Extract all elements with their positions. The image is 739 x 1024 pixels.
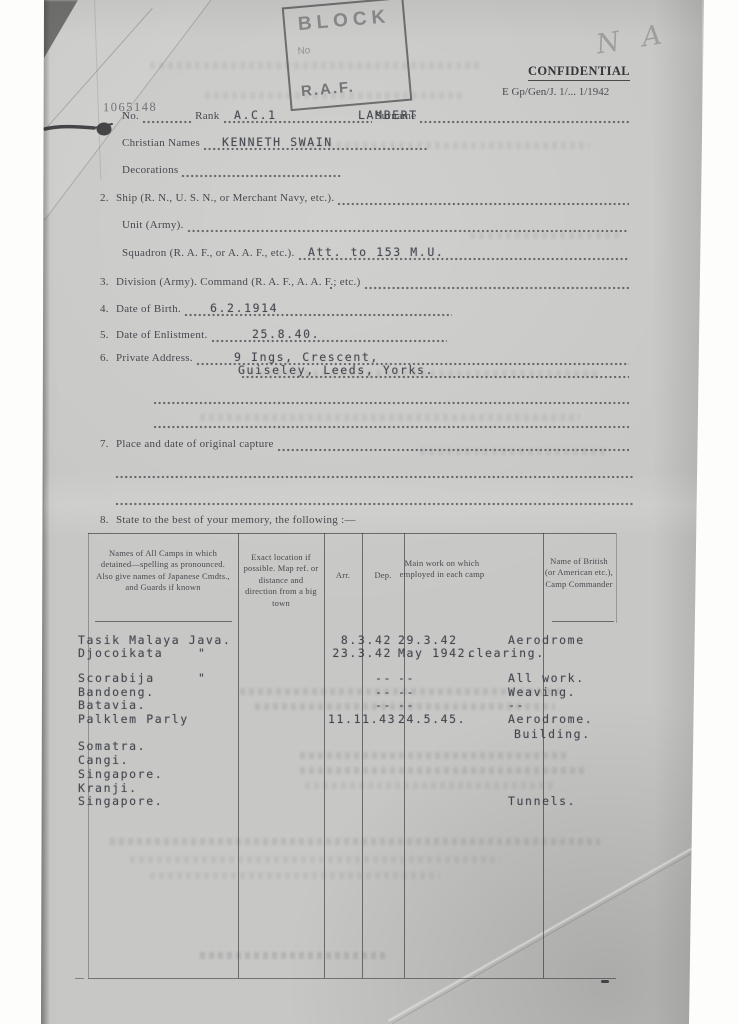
camp-name: Djocoikata xyxy=(78,646,163,660)
decorations-label: Decorations xyxy=(122,164,178,176)
table-header-underline xyxy=(552,621,614,622)
departure-date: 29.3.42 xyxy=(398,633,458,647)
bleedthrough-smudge xyxy=(240,688,560,695)
table-right-border xyxy=(616,533,617,623)
surname-value: LAMBERT xyxy=(358,108,418,122)
item-number: 7. xyxy=(100,438,116,450)
pen-mark xyxy=(42,116,122,142)
bleedthrough-smudge xyxy=(150,872,440,879)
table-header-location: Exact location if possible. Map ref. or … xyxy=(242,552,320,609)
address-label: Private Address. xyxy=(116,352,193,364)
departure-date: May 1942. xyxy=(398,646,475,660)
form-line-memory: 8. State to the best of your memory, the… xyxy=(100,514,632,529)
camp-name: Bandoeng. xyxy=(78,685,155,699)
blank-dotted-line xyxy=(112,465,636,480)
form-line-squadron: Squadron (R. A. F., or A. A. F., etc.). … xyxy=(122,247,632,262)
squadron-label: Squadron (R. A. F., or A. A. F., etc.). xyxy=(122,247,295,259)
work-entry: Aerodrome. xyxy=(508,712,593,726)
form-line-decorations: Decorations xyxy=(122,164,345,179)
work-entry: All work. xyxy=(508,671,585,685)
enlistment-value: 25.8.40. xyxy=(252,327,320,341)
bleedthrough-smudge xyxy=(255,703,555,710)
table-bottom-rule xyxy=(88,978,616,979)
departure-date: 24.5.45. xyxy=(398,712,466,726)
table-header-commander: Name of British (or American etc.), Camp… xyxy=(545,556,613,590)
division-label: Division (Army). Command (R. A. F., A. A… xyxy=(116,276,361,288)
item-number: 3. xyxy=(100,276,116,288)
dotted-leader xyxy=(419,120,629,124)
ditto-mark: " xyxy=(198,646,207,660)
bleedthrough-smudge xyxy=(200,414,580,421)
camp-name: Palklem Parly xyxy=(78,712,189,726)
ink-speck xyxy=(601,980,609,983)
squadron-value: Att. to 153 M.U. xyxy=(308,245,444,259)
bleedthrough-smudge xyxy=(305,782,555,789)
capture-label: Place and date of original capture xyxy=(116,438,274,450)
arrival-date: 23.3.42 xyxy=(328,646,392,660)
table-row: Palklem Parly 11.11.43 24.5.45. Aerodrom… xyxy=(0,712,739,726)
memory-label: State to the best of your memory, the fo… xyxy=(116,514,356,526)
camp-name: Cangi. xyxy=(78,753,129,767)
table-row: Somatra. xyxy=(0,739,739,753)
file-reference: E Gp/Gen/J. 1/... 1/1942 xyxy=(502,86,609,98)
work-entry: Aerodrome xyxy=(508,633,585,647)
camp-name: Tasik Malaya Java. xyxy=(78,633,231,647)
camp-name: Scorabija xyxy=(78,671,155,685)
dotted-leader xyxy=(181,174,342,178)
bleedthrough-smudge xyxy=(250,370,600,377)
bleedthrough-smudge xyxy=(300,142,590,149)
dotted-leader xyxy=(364,286,629,290)
item-number: 2. xyxy=(100,192,116,204)
date-of-birth-label: Date of Birth. xyxy=(116,303,181,315)
departure-date: -- xyxy=(398,671,415,685)
dotted-leader xyxy=(115,475,633,479)
dotted-leader xyxy=(115,502,633,506)
form-line-no-rank-surname: No. Rank Surname A.C.1 LAMBERT xyxy=(122,110,632,125)
table-header-underline xyxy=(95,621,232,622)
camp-name: Somatra. xyxy=(78,739,146,753)
arrival-date: 11.11.43 xyxy=(328,712,392,726)
table-header-arr: Arr. xyxy=(326,570,360,581)
table-header-work: Main work on which employed in each camp xyxy=(398,558,486,581)
form-line-enlistment: 5. Date of Enlistment. 25.8.40. xyxy=(100,329,450,344)
enlistment-label: Date of Enlistment. xyxy=(116,329,208,341)
work-entry: clearing. xyxy=(468,646,545,660)
table-top-rule xyxy=(88,533,616,534)
arrival-date: 8.3.42 xyxy=(328,633,392,647)
bleedthrough-smudge xyxy=(300,767,585,774)
rank-label: Rank xyxy=(195,110,219,122)
camp-name: Batavia. xyxy=(78,698,146,712)
signature-bleedthrough xyxy=(200,952,385,959)
document-paper: BLOCK No R.A.F. N A CONFIDENTIAL E Gp/Ge… xyxy=(0,0,739,1024)
table-bottom-tick xyxy=(75,978,84,979)
form-line-date-of-birth: 4. Date of Birth. 6.2.1914 xyxy=(100,303,455,318)
no-label: No. xyxy=(122,110,139,122)
unit-label: Unit (Army). xyxy=(122,219,184,231)
dotted-leader xyxy=(153,401,629,405)
item-number: 8. xyxy=(100,514,116,526)
dotted-leader xyxy=(337,202,629,206)
camp-name: Singapore. xyxy=(78,794,163,808)
rank-value: A.C.1 xyxy=(234,108,277,122)
bleedthrough-smudge xyxy=(130,856,500,863)
bleedthrough-smudge xyxy=(110,838,600,845)
camp-name: Kranji. xyxy=(78,781,138,795)
christian-names-label: Christian Names xyxy=(122,137,200,149)
bleedthrough-smudge xyxy=(470,232,620,239)
dotted-leader xyxy=(142,120,192,124)
date-of-birth-value: 6.2.1914 xyxy=(210,301,278,315)
dotted-leader xyxy=(153,425,629,429)
item-number: 6. xyxy=(100,352,116,364)
item-number: 4. xyxy=(100,303,116,315)
dotted-leader xyxy=(211,339,447,343)
item-number: 5. xyxy=(100,329,116,341)
work-entry: Tunnels. xyxy=(508,794,576,808)
ditto-mark: " xyxy=(198,671,207,685)
ink-speck xyxy=(330,287,332,289)
camp-name: Singapore. xyxy=(78,767,163,781)
bleedthrough-smudge xyxy=(420,448,610,455)
table-row: Singapore. Tunnels. xyxy=(0,794,739,808)
scanned-pow-questionnaire: BLOCK No R.A.F. N A CONFIDENTIAL E Gp/Ge… xyxy=(0,0,739,1024)
classification-marking: CONFIDENTIAL xyxy=(528,64,630,81)
bleedthrough-smudge xyxy=(205,92,465,99)
bleedthrough-smudge xyxy=(150,62,480,69)
table-row: Djocoikata " 23.3.42 May 1942. clearing. xyxy=(0,646,739,660)
address-value-line1: 9 Ings, Crescent, xyxy=(234,350,379,364)
table-row: Scorabija " -- -- All work. xyxy=(0,671,739,685)
table-row: Tasik Malaya Java. 8.3.42 29.3.42 Aerodr… xyxy=(0,633,739,647)
bleedthrough-smudge xyxy=(300,752,570,759)
blank-dotted-line xyxy=(112,492,636,507)
arrival-date: -- xyxy=(328,671,392,685)
stamp-text-no: No xyxy=(297,45,311,57)
form-line-division: 3. Division (Army). Command (R. A. F., A… xyxy=(100,276,632,291)
stamp-text-block: BLOCK xyxy=(284,5,403,37)
ship-label: Ship (R. N., U. S. N., or Merchant Navy,… xyxy=(116,192,334,204)
table-header-camps: Names of All Camps in which detained—spe… xyxy=(93,548,233,594)
blank-dotted-line xyxy=(150,391,632,406)
form-line-ship: 2. Ship (R. N., U. S. N., or Merchant Na… xyxy=(100,192,632,207)
table-header-dep: Dep. xyxy=(364,570,402,581)
